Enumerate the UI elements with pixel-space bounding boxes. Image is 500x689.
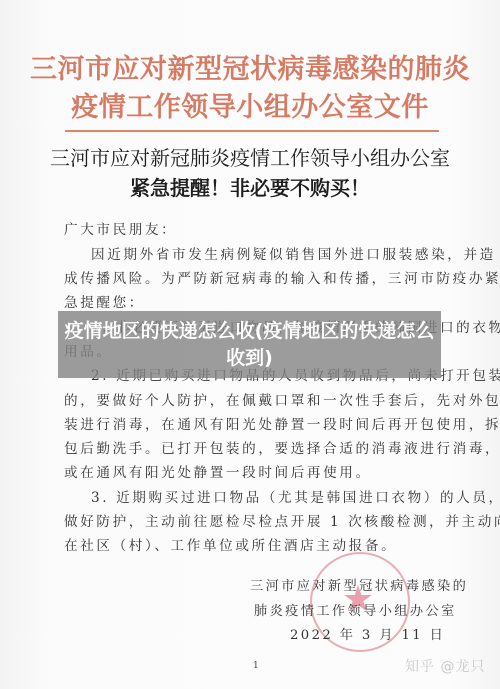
page-number: 1 [253,661,259,671]
salutation: 广大市民朋友： [64,218,177,238]
notice-title: 三河市应对新冠肺炎疫情工作领导小组办公室 [0,142,500,171]
body-line: 做好防护，主动前往愿检尽检点开展 1 次核酸检测，并主动向所 [64,510,500,530]
body-line: 在社区（村）、工作单位或所住酒店主动报备。 [64,534,397,554]
watermark: 知乎 @龙只 [405,656,485,676]
header-divider [65,130,439,132]
signature-date: 2022 年 3 月 11 日 [290,624,500,643]
body-line: 装进行消毒，在通风有阳光处静置一段时间后再开包使用，拆 [64,413,500,433]
body-line: 3. 近期购买过进口物品（尤其是韩国进口衣物）的人员，请 [64,486,500,506]
document-red-header-line1: 三河市应对新型冠状病毒感染的肺炎 [0,47,500,86]
body-line: 包后勤洗手。已打开包装的，要选择合适的消毒液进行消毒， [64,437,500,457]
signature-line1: 三河市应对新型冠状病毒感染的 [250,575,490,594]
signature-line2: 肺炎疫情工作领导小组办公室 [254,600,494,619]
notice-subtitle: 紧急提醒！非必要不购买！ [0,172,500,201]
body-line: 或在通风有阳光处静置一段时间后再使用。 [64,461,372,481]
article-title-overlay: 疫情地区的快递怎么收(疫情地区的快递怎么收到) [58,311,441,378]
document-red-header-line2: 疫情工作领导小组办公室文件 [0,85,500,124]
body-line: 成传播风险。为严防新冠病毒的输入和传播，三河市防疫办紧 [64,267,500,287]
body-line: 的，要做好个人防护，在佩戴口罩和一次性手套后，先对外包 [64,389,500,409]
body-line: 急提醒您： [64,291,145,311]
body-line: 因近期外省市发生病例疑似销售国外进口服装感染，并造 [64,243,496,263]
